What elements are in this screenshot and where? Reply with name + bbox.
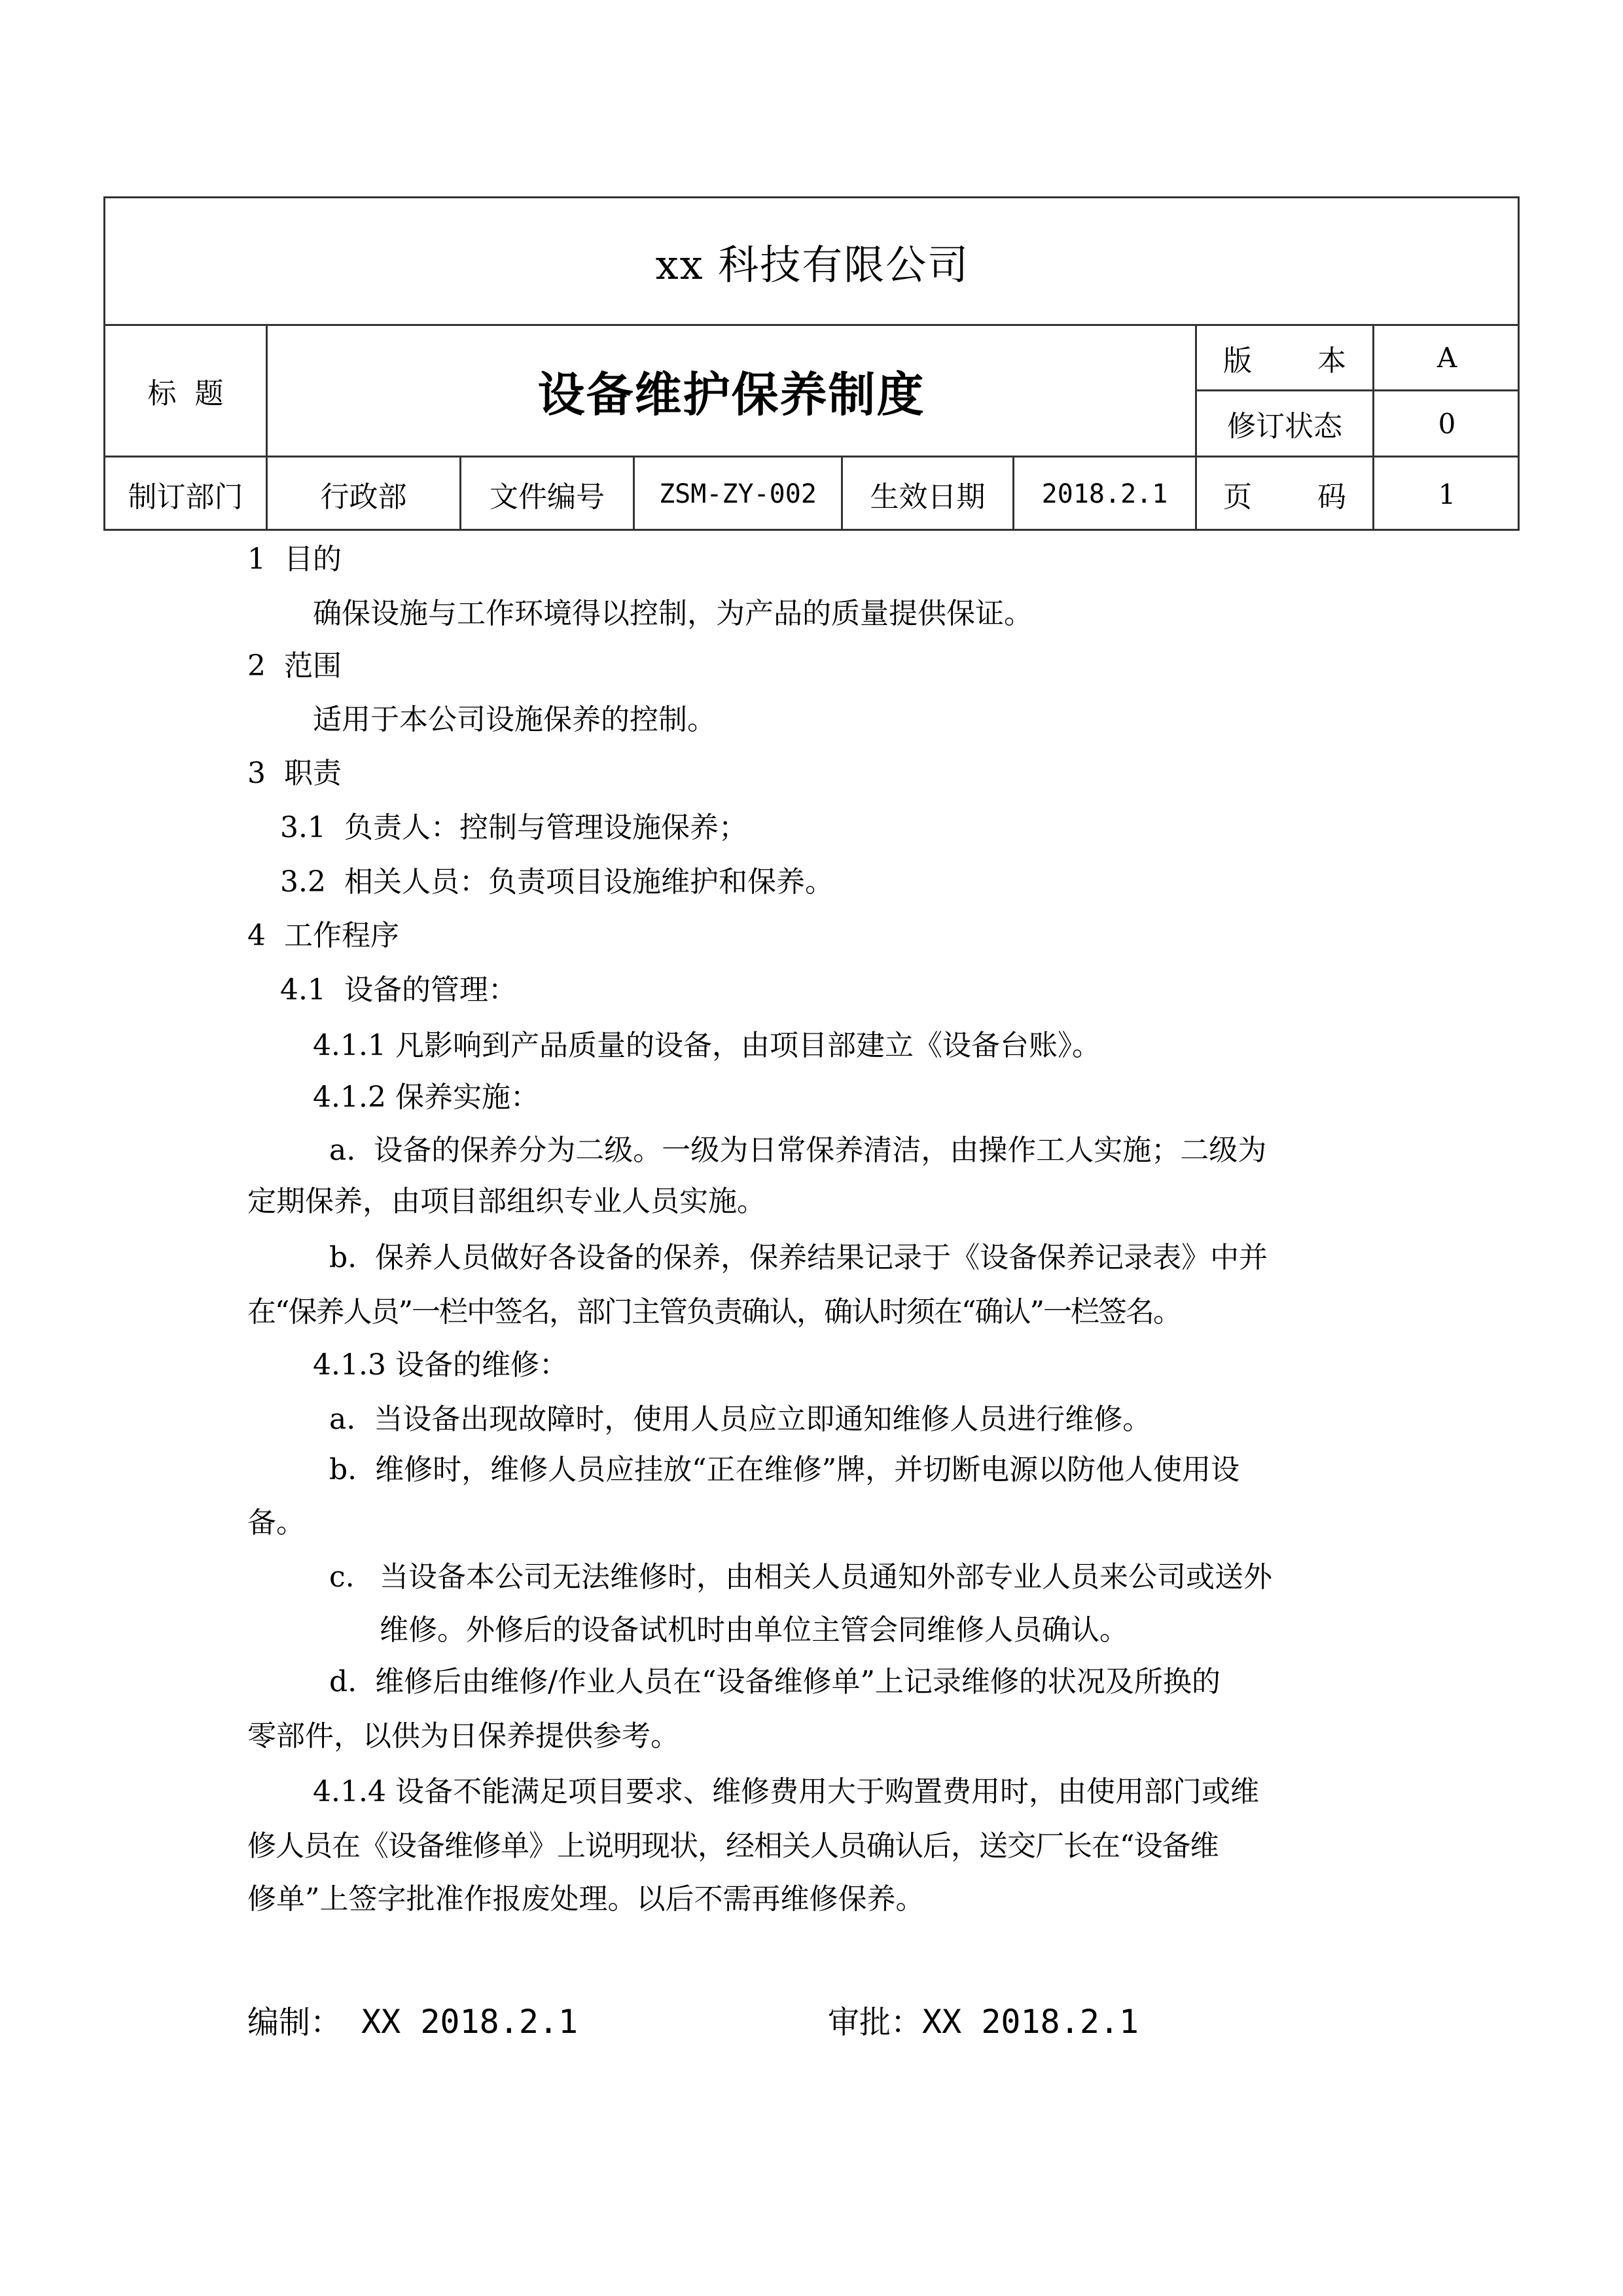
approved-value: XX 2018.2.1 <box>922 2003 1139 2041</box>
title-label: 标 题 <box>105 326 266 456</box>
section-heading: 2 范围 <box>247 647 342 686</box>
docno-label: 文件编号 <box>461 457 633 531</box>
page-label-char: 码 <box>1317 473 1346 515</box>
section-heading: 4 工作程序 <box>247 916 399 956</box>
version-label: 版 本 <box>1197 326 1372 389</box>
list-item: 3.2 相关人员：负责项目设施维护和保养。 <box>280 863 834 902</box>
document-title: 设备维护保养制度 <box>268 326 1195 456</box>
paragraph: 确保设施与工作环境得以控制，为产品的质量提供保证。 <box>313 594 1033 634</box>
approved-by: 审批：XX 2018.2.1 <box>828 2002 1139 2042</box>
list-item: d. 维修后由维修/作业人员在“设备维修单”上记录维修的状况及所换的 <box>329 1662 1221 1702</box>
page-label: 页 码 <box>1197 457 1372 531</box>
prepared-label: 编制： <box>247 2003 342 2042</box>
list-item: 4.1.1 凡影响到产品质量的设备，由项目部建立《设备台账》。 <box>313 1026 1101 1066</box>
approved-label: 审批： <box>828 2003 922 2042</box>
list-item-continued: 修单”上签字批准作报废处理。以后不需再维修保养。 <box>247 1880 925 1919</box>
page-number: 1 <box>1374 457 1520 531</box>
section-heading: 1 目的 <box>247 540 342 579</box>
list-item: 当设备本公司无法维修时，由相关人员通知外部专业人员来公司或送外 <box>380 1558 1272 1597</box>
list-item-continued: 修人员在《设备维修单》上说明现状，经相关人员确认后，送交厂长在“设备维 <box>247 1827 1219 1866</box>
dept-value: 行政部 <box>268 457 459 531</box>
effective-date-label: 生效日期 <box>843 457 1012 531</box>
revision-value: 0 <box>1374 391 1520 456</box>
version-value: A <box>1374 326 1520 389</box>
list-item: 4.1.4 设备不能满足项目要求、维修费用大于购置费用时，由使用部门或维 <box>313 1772 1259 1812</box>
prepared-value: XX 2018.2.1 <box>361 2003 578 2041</box>
version-label-char: 版 <box>1223 337 1252 379</box>
header-table: xx 科技有限公司 标 题 设备维护保养制度 版 本 A 修订状态 0 制订部门… <box>103 196 1520 531</box>
dept-label: 制订部门 <box>105 457 266 531</box>
list-item-continued: 定期保养，由项目部组织专业人员实施。 <box>247 1182 766 1221</box>
list-item: 4.1.2 保养实施： <box>313 1078 539 1117</box>
list-item: 3.1 负责人：控制与管理设施保养； <box>280 808 747 848</box>
version-label-char: 本 <box>1317 337 1346 379</box>
page-label-char: 页 <box>1223 473 1252 515</box>
paragraph: 适用于本公司设施保养的控制。 <box>313 700 716 740</box>
document-page: xx 科技有限公司 标 题 设备维护保养制度 版 本 A 修订状态 0 制订部门… <box>0 0 1623 2296</box>
docno-value: ZSM-ZY-002 <box>635 457 841 531</box>
section-heading: 3 职责 <box>247 754 342 793</box>
list-item: b. 保养人员做好各设备的保养，保养结果记录于《设备保养记录表》中并 <box>329 1238 1268 1278</box>
list-item: b. 维修时，维修人员应挂放“正在维修”牌，并切断电源以防他人使用设 <box>329 1450 1240 1490</box>
prepared-by: 编制：XX 2018.2.1 <box>247 2002 578 2042</box>
list-item: a. 当设备出现故障时，使用人员应立即通知维修人员进行维修。 <box>329 1400 1151 1439</box>
list-item-marker: c. <box>329 1558 355 1597</box>
list-item: 4.1.3 设备的维修： <box>313 1346 568 1385</box>
list-item-continued: 零部件，以供为日保养提供参考。 <box>247 1717 679 1756</box>
subsection-heading: 4.1 设备的管理： <box>280 971 517 1010</box>
list-item-continued: 维修。外修后的设备试机时由单位主管会同维修人员确认。 <box>380 1611 1128 1650</box>
list-item-continued: 备。 <box>247 1503 305 1543</box>
company-name: xx 科技有限公司 <box>105 198 1520 324</box>
list-item: a. 设备的保养分为二级。一级为日常保养清洁，由操作工人实施；二级为 <box>329 1131 1266 1170</box>
effective-date-value: 2018.2.1 <box>1014 457 1195 531</box>
revision-label: 修订状态 <box>1197 391 1372 456</box>
list-item-continued: 在“保养人员”一栏中签名，部门主管负责确认，确认时须在“确认”一栏签名。 <box>247 1293 1181 1332</box>
